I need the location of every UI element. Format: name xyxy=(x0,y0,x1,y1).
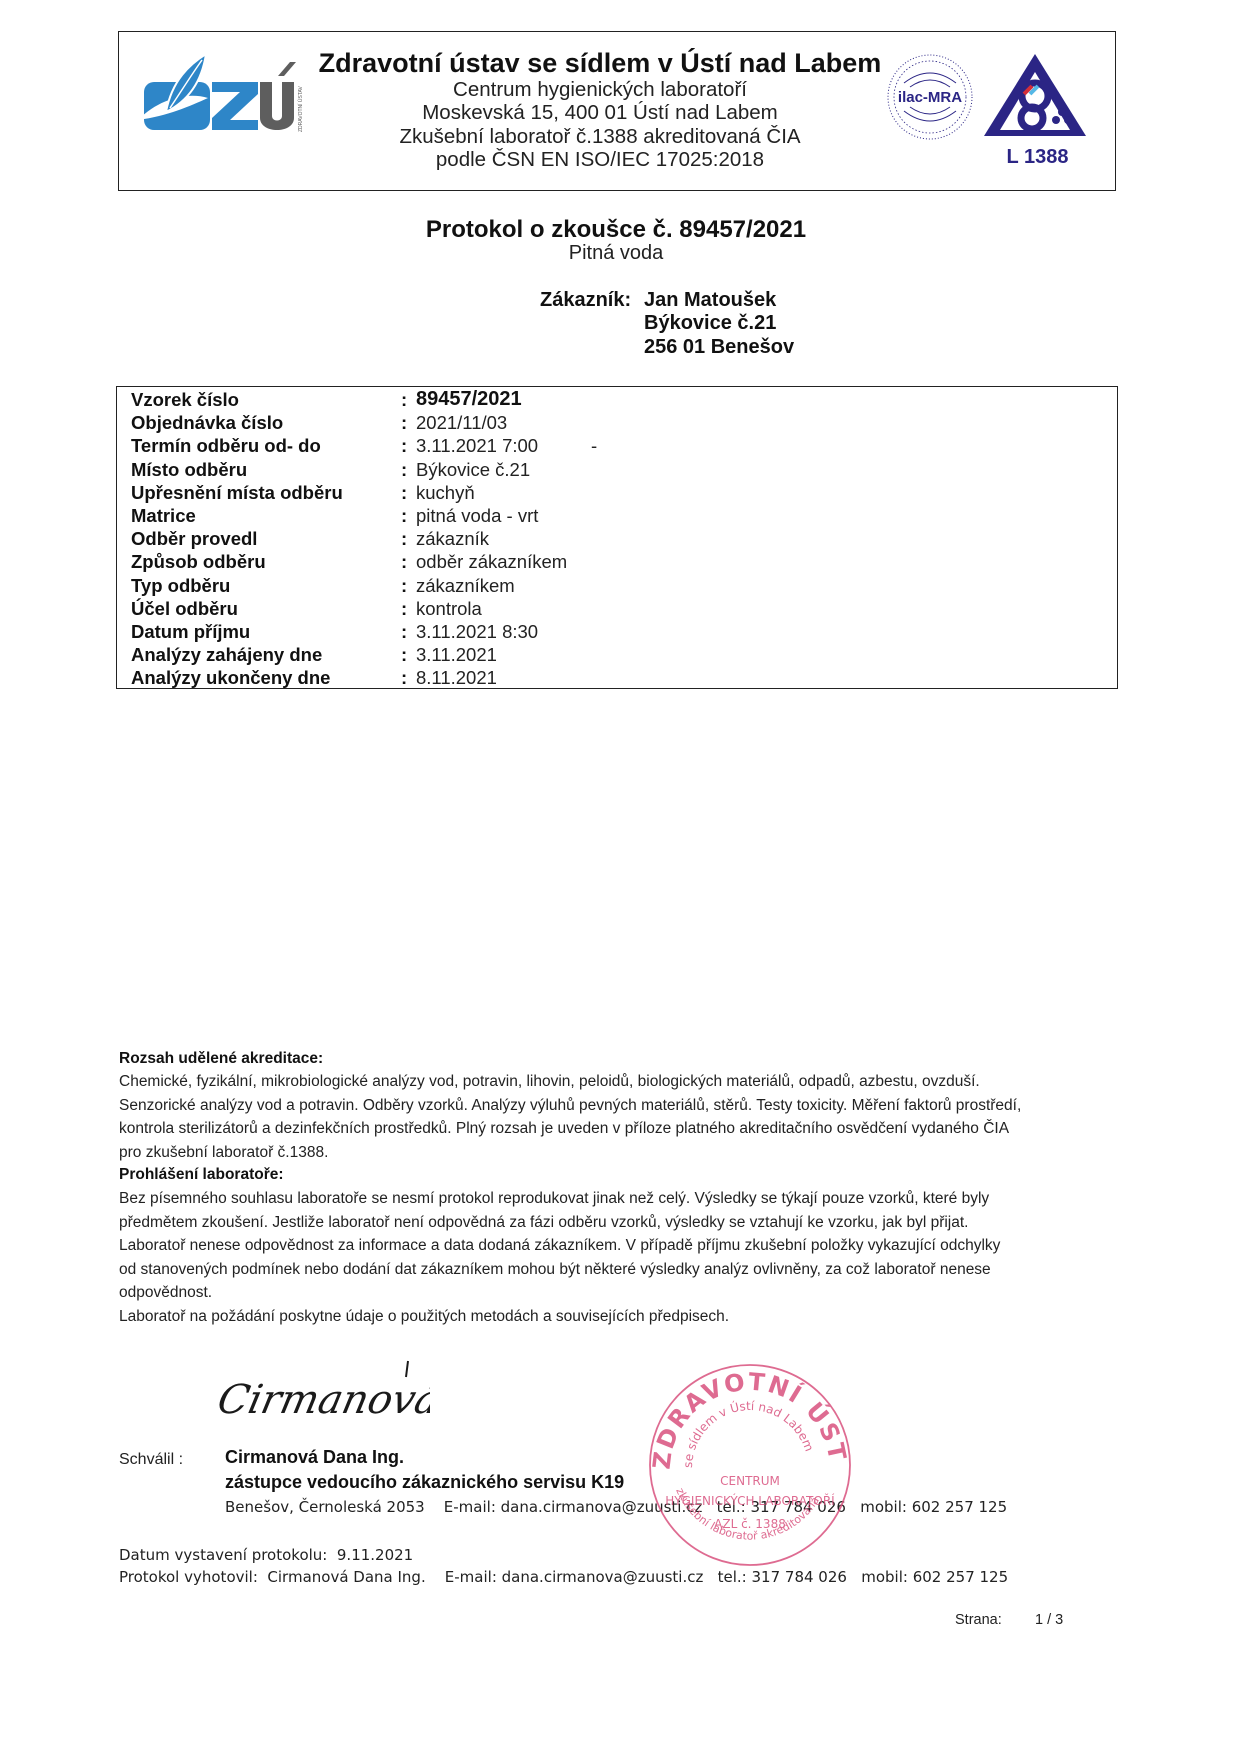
text-line: odpovědnost. xyxy=(119,1281,1119,1305)
info-value: 89457/2021 xyxy=(416,388,522,411)
info-separator: : xyxy=(401,412,407,434)
info-separator: : xyxy=(401,667,407,689)
info-value: zákazník xyxy=(416,528,489,550)
handwritten-signature: Cirmanová xyxy=(210,1355,430,1435)
info-value: pitná voda - vrt xyxy=(416,505,538,527)
approver-contact: Benešov, Černoleská 2053 E-mail: dana.ci… xyxy=(225,1498,1007,1516)
info-value: 3.11.2021 8:30 xyxy=(416,621,538,643)
approver-role: zástupce vedoucího zákaznického servisu … xyxy=(225,1472,624,1493)
info-value: 3.11.2021 7:00 xyxy=(416,435,538,457)
page-number: 1 / 3 xyxy=(1035,1612,1063,1628)
text-line: pro zkušební laboratoř č.1388. xyxy=(119,1141,1119,1165)
info-separator: : xyxy=(401,435,407,457)
accreditation-scope-text: Chemické, fyzikální, mikrobiologické ana… xyxy=(119,1070,1119,1164)
info-separator: : xyxy=(401,621,407,643)
info-separator: : xyxy=(401,505,407,527)
info-label: Typ odběru xyxy=(131,575,230,597)
svg-text:Cirmanová: Cirmanová xyxy=(214,1375,430,1422)
customer-label: Zákazník: xyxy=(540,289,631,312)
info-separator: : xyxy=(401,644,407,666)
info-label: Způsob odběru xyxy=(131,551,266,573)
standard-line: podle ČSN EN ISO/IEC 17025:2018 xyxy=(300,148,900,172)
accreditation-line: Zkušební laboratoř č.1388 akreditovaná Č… xyxy=(300,125,900,149)
text-line: Laboratoř nenese odpovědnost za informac… xyxy=(119,1234,1119,1258)
issued-by: Protokol vyhotovil: Cirmanová Dana Ing. … xyxy=(119,1568,1008,1586)
protocol-title: Protokol o zkoušce č. 89457/2021 xyxy=(300,216,932,244)
approver-name: Cirmanová Dana Ing. xyxy=(225,1447,404,1468)
svg-text:ilac-MRA: ilac-MRA xyxy=(898,89,962,106)
institution-name: Zdravotní ústav se sídlem v Ústí nad Lab… xyxy=(300,48,900,79)
info-label: Odběr provedl xyxy=(131,528,257,550)
page-label: Strana: xyxy=(955,1612,1002,1628)
lab-declaration-text: Bez písemného souhlasu laboratoře se nes… xyxy=(119,1187,1119,1329)
protocol-subtitle: Pitná voda xyxy=(300,242,932,265)
zu-logo-icon: ZDRAVOTNÍ ÚSTAV xyxy=(130,50,310,140)
text-line: předmětem zkoušení. Jestliže laboratoř n… xyxy=(119,1211,1119,1235)
info-label: Upřesnění místa odběru xyxy=(131,482,343,504)
info-separator: : xyxy=(401,389,407,411)
info-value: kontrola xyxy=(416,598,482,620)
info-value: zákazníkem xyxy=(416,575,515,597)
text-line: od stanovených podmínek nebo dodání dat … xyxy=(119,1258,1119,1282)
info-label: Objednávka číslo xyxy=(131,412,283,434)
info-label: Termín odběru od- do xyxy=(131,435,321,457)
info-label: Datum příjmu xyxy=(131,621,250,643)
info-label: Účel odběru xyxy=(131,598,238,620)
info-value: Býkovice č.21 xyxy=(416,459,530,481)
approved-by-label: Schválil : xyxy=(119,1451,183,1469)
info-value: 8.11.2021 xyxy=(416,667,497,689)
info-separator: : xyxy=(401,598,407,620)
cia-lab-number: L 1388 xyxy=(985,146,1090,169)
text-line: kontrola sterilizátorů a dezinfekčních p… xyxy=(119,1117,1119,1141)
info-label: Místo odběru xyxy=(131,459,247,481)
ilac-mra-logo-icon: ilac-MRA xyxy=(886,53,974,141)
department-name: Centrum hygienických laboratoří xyxy=(300,78,900,102)
accreditation-scope-heading: Rozsah udělené akreditace: xyxy=(119,1050,323,1068)
info-separator: : xyxy=(401,528,407,550)
info-label: Matrice xyxy=(131,505,196,527)
info-separator: : xyxy=(401,551,407,573)
info-separator: : xyxy=(401,482,407,504)
info-separator: : xyxy=(401,575,407,597)
text-line: Bez písemného souhlasu laboratoře se nes… xyxy=(119,1187,1119,1211)
customer-address-line2: 256 01 Benešov xyxy=(644,336,794,359)
info-value: kuchyň xyxy=(416,482,475,504)
info-value: odběr zákazníkem xyxy=(416,551,567,573)
info-label: Analýzy zahájeny dne xyxy=(131,644,322,666)
issue-date: Datum vystavení protokolu: 9.11.2021 xyxy=(119,1546,413,1564)
svg-text:CENTRUM: CENTRUM xyxy=(720,1474,780,1488)
info-label: Analýzy ukončeny dne xyxy=(131,667,330,689)
info-label: Vzorek číslo xyxy=(131,389,239,411)
institution-address: Moskevská 15, 400 01 Ústí nad Labem xyxy=(300,101,900,125)
customer-address-line1: Býkovice č.21 xyxy=(644,312,776,335)
lab-declaration-heading: Prohlášení laboratoře: xyxy=(119,1166,284,1184)
info-extra: - xyxy=(591,435,597,457)
customer-name: Jan Matoušek xyxy=(644,289,776,312)
info-value: 2021/11/03 xyxy=(416,412,507,434)
official-stamp: ZDRAVOTNÍ ÚSTAV se sídlem v Ústí nad Lab… xyxy=(640,1350,860,1570)
cia-accreditation-logo-icon xyxy=(980,50,1090,140)
text-line: Chemické, fyzikální, mikrobiologické ana… xyxy=(119,1070,1119,1094)
text-line: Laboratoř na požádání poskytne údaje o p… xyxy=(119,1305,1119,1329)
text-line: Senzorické analýzy vod a potravin. Odběr… xyxy=(119,1094,1119,1118)
info-value: 3.11.2021 xyxy=(416,644,497,666)
info-separator: : xyxy=(401,459,407,481)
